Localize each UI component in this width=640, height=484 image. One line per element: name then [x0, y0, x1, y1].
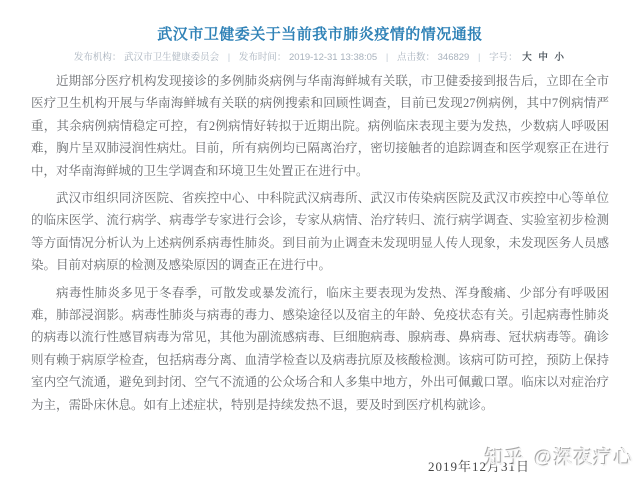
publisher-label: 发布机构：: [74, 52, 122, 63]
views-label: 点击数：: [397, 52, 435, 63]
paragraph: 武汉市组织同济医院、省疾控中心、中科院武汉病毒所、武汉市传染病医院及武汉市疾控中…: [31, 187, 609, 277]
paragraph: 近期部分医疗机构发现接诊的多例肺炎病例与华南海鲜城有关联，市卫健委接到报告后，立…: [31, 70, 609, 182]
paragraph: 病毒性肺炎多见于冬春季，可散发或暴发流行，临床主要表现为发热、浑身酸痛、少部分有…: [31, 282, 609, 416]
font-size-small-button[interactable]: 小: [555, 52, 565, 63]
font-size-label: 字号：: [489, 52, 518, 63]
meta-separator: |: [478, 52, 480, 63]
font-size-medium-button[interactable]: 中: [538, 52, 548, 63]
font-size-large-button[interactable]: 大: [522, 52, 532, 63]
meta-bar: 发布机构： 武汉市卫生健康委员会 | 发布时间： 2019-12-31 13:3…: [0, 49, 640, 63]
views-value: 346829: [438, 52, 470, 63]
article-body: 近期部分医疗机构发现接诊的多例肺炎病例与华南海鲜城有关联，市卫健委接到报告后，立…: [31, 70, 609, 421]
watermark-user: @深夜疗心: [534, 448, 634, 469]
publisher-value: 武汉市卫生健康委员会: [124, 52, 219, 63]
notice-page: 武汉市卫健委关于当前我市肺炎疫情的情况通报 发布机构： 武汉市卫生健康委员会 |…: [0, 0, 640, 484]
publish-time-label: 发布时间：: [239, 52, 287, 63]
meta-separator: |: [228, 52, 230, 63]
page-title: 武汉市卫健委关于当前我市肺炎疫情的情况通报: [0, 23, 640, 44]
meta-separator: |: [386, 52, 388, 63]
publish-time-value: 2019-12-31 13:38:05: [289, 52, 377, 63]
zhihu-watermark: 知乎 @深夜疗心: [485, 443, 634, 470]
watermark-brand: 知乎: [485, 448, 525, 469]
